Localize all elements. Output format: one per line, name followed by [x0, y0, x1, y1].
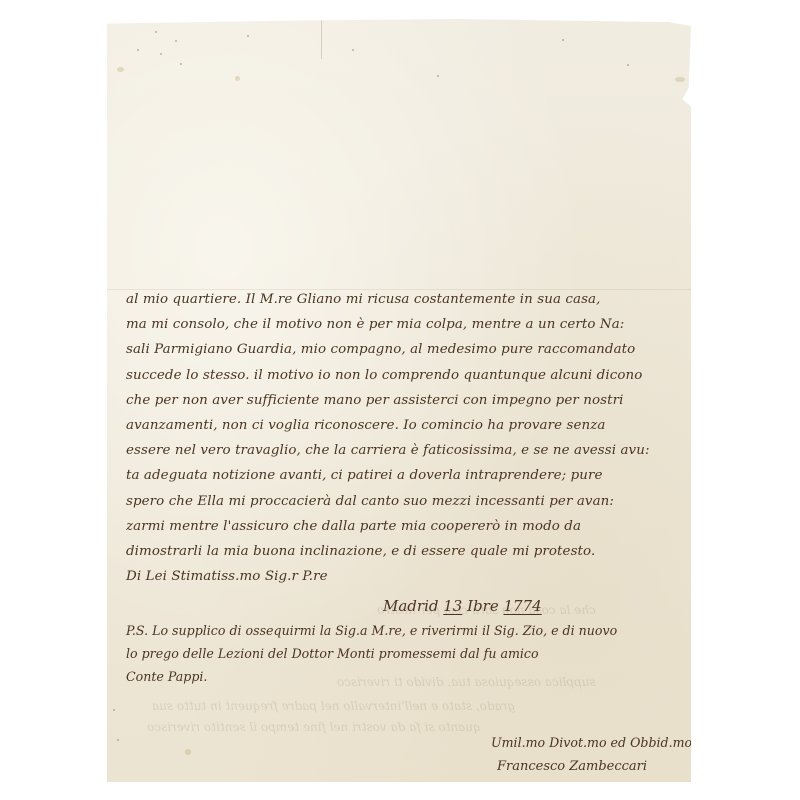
letter-line: spero che Ella mi proccacierà dal canto … — [126, 489, 686, 514]
paper-speck — [627, 64, 629, 66]
letter-line: dimostrarli la mia buona inclinazione, e… — [126, 539, 686, 564]
date-day: 13 — [443, 597, 462, 615]
scan-background: che la cosa non sarà cosi per nostro sup… — [0, 0, 800, 800]
letter-line: che per non aver sufficiente mano per as… — [126, 388, 686, 413]
paper-speck — [437, 75, 439, 77]
paper-foxing-stain — [675, 77, 685, 82]
letter-line: zarmi mentre l'assicuro che dalla parte … — [126, 514, 686, 539]
postscript-line: lo prego delle Lezioni del Dottor Monti … — [126, 642, 686, 665]
paper-speck — [180, 63, 182, 65]
paper-speck — [113, 709, 115, 711]
letter-line: sali Parmigiano Guardia, mio compagno, a… — [126, 337, 686, 362]
bleed-through-text: grado, stato e nell'intervallo nel padre… — [152, 699, 515, 713]
date-place: Madrid — [383, 597, 438, 615]
letter-line: essere nel vero travaglio, che la carrie… — [126, 438, 686, 463]
salutation-line: Di Lei Stimatiss.mo Sig.r P.re — [126, 564, 686, 589]
paper-speck — [562, 39, 564, 41]
paper-speck — [155, 31, 157, 33]
bleed-through-text: quanto si fa da vostri nel fine tempo il… — [147, 720, 481, 734]
letter-page: che la cosa non sarà cosi per nostro sup… — [107, 19, 691, 782]
letter-body: al mio quartiere. Il M.re Gliano mi ricu… — [126, 287, 686, 589]
letter-line: avanzamenti, non ci voglia riconoscere. … — [126, 413, 686, 438]
postscript-line: Conte Pappi. — [126, 665, 686, 688]
dateline: Madrid 13 Ibre 1774 — [383, 597, 542, 615]
date-year: 1774 — [504, 597, 542, 615]
closing-block: Umil.mo Divot.mo ed Obbid.mo Figlio Fran… — [491, 731, 691, 779]
paper-speck — [160, 53, 162, 55]
paper-speck — [247, 35, 249, 37]
paper-speck — [175, 40, 177, 42]
paper-speck — [117, 739, 119, 741]
postscript-line: P.S. Lo supplico di ossequirmi la Sig.a … — [126, 619, 686, 642]
paper-foxing-stain — [185, 749, 191, 755]
letter-line: succede lo stesso. il motivo io non lo c… — [126, 363, 686, 388]
closing-formula: Umil.mo Divot.mo ed Obbid.mo Figlio — [491, 731, 691, 755]
paper-fold-mark — [321, 19, 322, 59]
paper-speck — [352, 49, 354, 51]
signature: Francesco Zambeccari — [491, 755, 691, 779]
date-month: Ibre — [467, 597, 499, 615]
letter-line: ta adeguata notizione avanti, ci patirei… — [126, 463, 686, 488]
postscript: P.S. Lo supplico di ossequirmi la Sig.a … — [126, 619, 686, 688]
letter-line: ma mi consolo, che il motivo non è per m… — [126, 312, 686, 337]
letter-line: al mio quartiere. Il M.re Gliano mi ricu… — [126, 287, 686, 312]
paper-foxing-stain — [235, 76, 240, 81]
paper-foxing-stain — [117, 67, 124, 72]
paper-speck — [137, 49, 139, 51]
